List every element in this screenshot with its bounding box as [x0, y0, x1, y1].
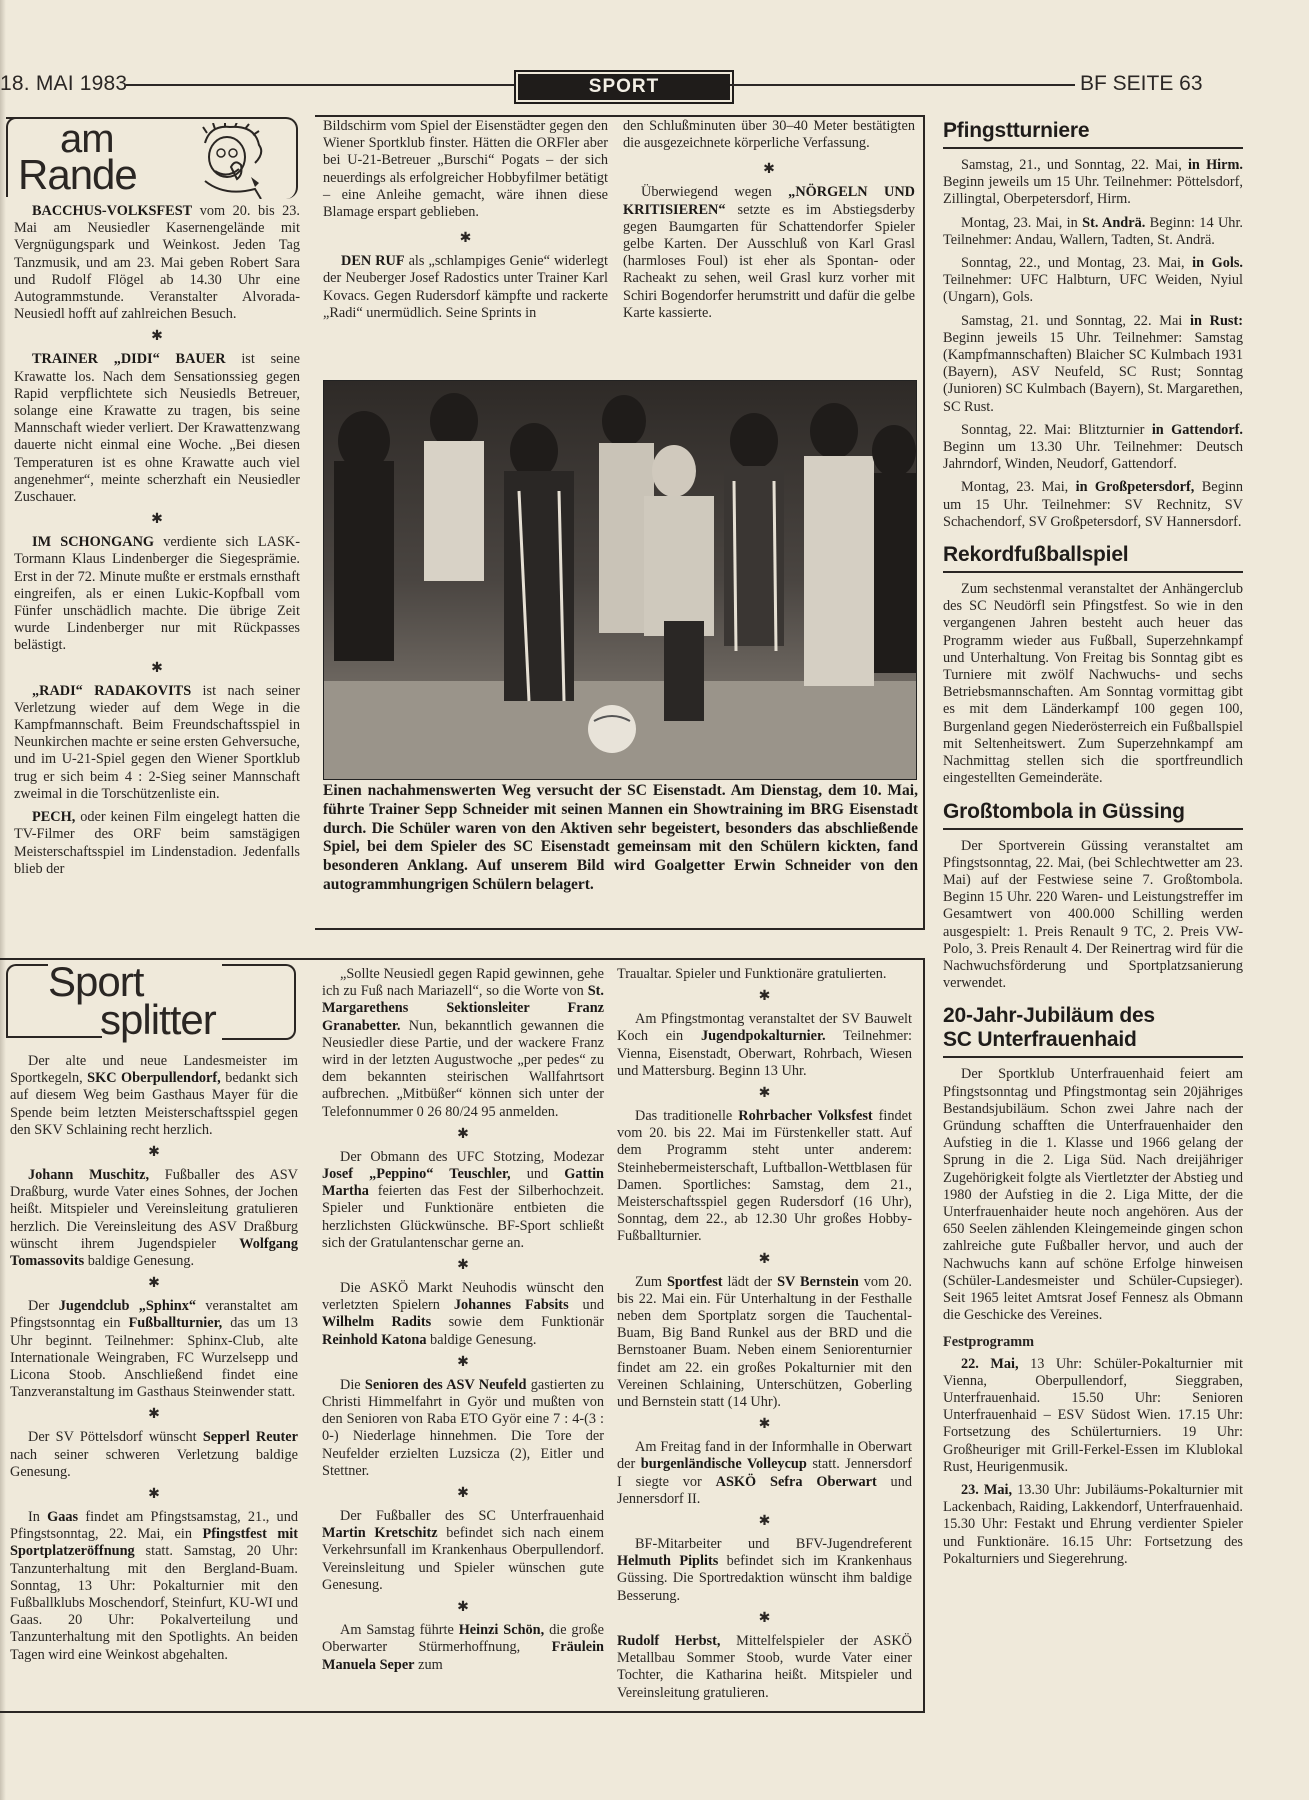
item-text: Zum	[635, 1274, 667, 1290]
festprogramm-heading: Festprogramm	[943, 1334, 1243, 1351]
separator-asterisk-icon: ✱	[323, 231, 608, 247]
rekord-text: Zum sechstenmal veranstaltet der Anhänge…	[943, 581, 1243, 787]
item-text: nach seiner schweren Verletzung baldige …	[10, 1447, 298, 1480]
separator-asterisk-icon: ✱	[14, 512, 300, 528]
splitter-box-rule-bottom	[0, 1711, 925, 1713]
item-text: Samstag, 21., und Sonntag, 22. Mai,	[961, 157, 1188, 173]
item-lead: BACCHUS-VOLKSFEST	[32, 203, 192, 219]
cartoon-face-icon	[185, 123, 275, 199]
splitter-column-1: Der alte und neue Landesmeister im Sport…	[10, 1053, 298, 1670]
item-name: Jugendclub „Sphinx“	[59, 1298, 196, 1314]
item-location: in Gattendorf.	[1152, 422, 1243, 438]
separator-asterisk-icon: ✱	[10, 1407, 298, 1423]
item-name: SV Bernstein	[777, 1274, 859, 1290]
item-text: Beginn um 13.30 Uhr. Teilnehmer: Deutsch…	[943, 439, 1243, 472]
item-name: Fußballturnier,	[129, 1315, 223, 1331]
separator-asterisk-icon: ✱	[623, 162, 915, 178]
item-text: BF-Mitarbeiter und BFV-Jugendreferent	[635, 1536, 912, 1552]
masthead: 18. MAI 1983 SPORT BF SEITE 63	[0, 70, 1250, 100]
item-text: baldige Genesung.	[84, 1253, 194, 1269]
issue-date: 18. MAI 1983	[0, 72, 127, 96]
logo-frame-left	[6, 964, 48, 1038]
item-lead: DEN RUF	[341, 253, 405, 269]
box-rule-right	[923, 115, 925, 930]
separator-asterisk-icon: ✱	[322, 1258, 604, 1274]
item-text: zum	[415, 1657, 443, 1673]
splitter-column-2: „Sollte Neusiedl gegen Rapid gewinnen, g…	[322, 966, 604, 1680]
masthead-rule-right	[730, 84, 1075, 86]
turnier-item: Montag, 23. Mai, in Großpetersdorf, Begi…	[943, 479, 1243, 531]
item-text: vom 20. bis 22. Mai ein. Für Unterhaltun…	[617, 1274, 912, 1410]
item-name: Rudolf Herbst,	[617, 1633, 720, 1649]
item-name: Sportfest	[667, 1274, 723, 1290]
item-location: in Rust:	[1190, 313, 1243, 329]
item-text: Der	[28, 1298, 59, 1314]
item-didi-bauer: TRAINER „DIDI“ BAUER ist seine Krawatte …	[14, 351, 300, 506]
jubilaeum-text: Der Sportklub Unterfrauenhaid feiert am …	[943, 1066, 1243, 1324]
item-location: St. Andrä.	[1082, 215, 1145, 231]
logo-frame-right	[222, 964, 296, 1040]
program-item: 22. Mai, 13 Uhr: Schüler-Pokalturnier mi…	[943, 1356, 1243, 1476]
program-date: 23. Mai,	[961, 1482, 1012, 1498]
separator-asterisk-icon: ✱	[10, 1487, 298, 1503]
splitter-item: Traualtar. Spieler und Funktionäre gratu…	[617, 966, 912, 983]
item-text: findet vom 20. bis 22. Mai im Fürstenkel…	[617, 1108, 912, 1244]
separator-asterisk-icon: ✱	[322, 1355, 604, 1371]
item-bacchus: BACCHUS-VOLKSFEST vom 20. bis 23. Mai am…	[14, 203, 300, 323]
item-name: Martin Kretschitz	[322, 1525, 438, 1541]
item-name: Reinhold Katona	[322, 1332, 426, 1348]
heading-grosstombola: Großtombola in Güssing	[943, 800, 1243, 830]
splitter-item: In Gaas findet am Pfingstsamstag, 21., u…	[10, 1509, 298, 1664]
logo-underline	[6, 1036, 102, 1038]
item-text: und	[569, 1297, 604, 1313]
photo-crowd-of-students-icon	[324, 381, 916, 779]
turnier-item: Montag, 23. Mai, in St. Andrä. Beginn: 1…	[943, 215, 1243, 249]
item-name: Gaas	[47, 1509, 78, 1525]
item-text: sowie dem Funktionär	[431, 1314, 604, 1330]
item-text: Beginn jeweils 15 Uhr. Teilnehmer: Samst…	[943, 330, 1243, 415]
heading-rekordfussballspiel: Rekordfußballspiel	[943, 543, 1243, 573]
tombola-text: Der Sportverein Güssing veranstaltet am …	[943, 838, 1243, 993]
program-date: 22. Mai,	[961, 1356, 1019, 1372]
separator-asterisk-icon: ✱	[10, 1276, 298, 1292]
item-schongang: IM SCHONGANG verdiente sich LASK-Tormann…	[14, 534, 300, 654]
splitter-item: BF-Mitarbeiter und BFV-Jugendreferent He…	[617, 1536, 912, 1605]
item-location: in Großpetersdorf,	[1076, 479, 1195, 495]
splitter-item: Johann Muschitz, Fußballer des ASV Draßb…	[10, 1167, 298, 1270]
masthead-rule-left	[126, 84, 514, 86]
heading-pfingstturniere: Pfingstturniere	[943, 119, 1243, 149]
item-noergeln: Überwiegend wegen „NÖRGELN UND KRITISIER…	[623, 184, 915, 322]
item-radakovits: „RADI“ RADAKOVITS ist nach seiner Verlet…	[14, 683, 300, 803]
separator-asterisk-icon: ✱	[322, 1127, 604, 1143]
item-text: vom 20. bis 23. Mai am Neusiedler Kasern…	[14, 203, 300, 322]
item-text: ist seine Krawatte los. Nach dem Sensati…	[14, 351, 300, 505]
photo-caption: Einen nachahmenswerten Weg versucht der …	[323, 782, 918, 895]
item-lead: PECH,	[32, 809, 75, 825]
item-name: Heinzi Schön,	[459, 1622, 545, 1638]
item-text: Sonntag, 22. Mai: Blitzturnier	[961, 422, 1152, 438]
item-name: Helmuth Piplits	[617, 1553, 718, 1569]
separator-asterisk-icon: ✱	[617, 1417, 912, 1433]
item-text: baldige Genesung.	[426, 1332, 536, 1348]
item-name: Josef „Peppino“ Teuschler,	[322, 1166, 511, 1182]
splitter-item: Am Pfingstmontag veranstaltet der SV Bau…	[617, 1011, 912, 1080]
turnier-item: Samstag, 21., und Sonntag, 22. Mai, in H…	[943, 157, 1243, 209]
item-text: „Sollte Neusiedl gegen Rapid gewinnen, g…	[322, 966, 604, 999]
am-rande-column-1: BACCHUS-VOLKSFEST vom 20. bis 23. Mai am…	[14, 203, 300, 884]
item-text: Der SV Pöttelsdorf wünscht	[28, 1429, 203, 1445]
separator-asterisk-icon: ✱	[322, 1600, 604, 1616]
item-text: Montag, 23. Mai,	[961, 479, 1076, 495]
section-label: SPORT	[516, 72, 732, 102]
splitter-item: Am Samstag führte Heinzi Schön, die groß…	[322, 1622, 604, 1674]
item-text: Teilnehmer: UFC Halbturn, UFC Weiden, Ny…	[943, 272, 1243, 305]
page-number: BF SEITE 63	[1080, 72, 1203, 96]
item-text: Am Samstag führte	[340, 1622, 459, 1638]
item-name: Sepperl Reuter	[203, 1429, 298, 1445]
splitter-item: Der SV Pöttelsdorf wünscht Sepperl Reute…	[10, 1429, 298, 1481]
splitter-item: Die Senioren des ASV Neufeld gastierten …	[322, 1377, 604, 1480]
am-rande-column-2: Bildschirm vom Spiel der Eisenstädter ge…	[323, 118, 608, 328]
item-text: In	[28, 1509, 47, 1525]
item-text: lädt der	[723, 1274, 778, 1290]
splitter-item: Zum Sportfest lädt der SV Bernstein vom …	[617, 1274, 912, 1412]
box-rule-top	[315, 115, 925, 117]
item-text: Die	[340, 1377, 365, 1393]
turnier-item: Sonntag, 22., und Montag, 23. Mai, in Go…	[943, 255, 1243, 307]
splitter-column-3: Traualtar. Spieler und Funktionäre gratu…	[617, 966, 912, 1708]
item-name: Jugendpokalturnier.	[701, 1028, 826, 1044]
item-text: verdiente sich LASK-Tormann Klaus Linden…	[14, 534, 300, 653]
item-text: und	[511, 1166, 565, 1182]
news-photo	[323, 380, 917, 780]
logo-word-rande: Rande	[18, 153, 137, 197]
item-lead: IM SCHONGANG	[32, 534, 154, 550]
section-badge: SPORT	[514, 70, 734, 104]
continuation-text: Bildschirm vom Spiel der Eisenstädter ge…	[323, 118, 608, 221]
right-column: Pfingstturniere Samstag, 21., und Sonnta…	[943, 113, 1243, 1574]
heading-jubilaeum: 20-Jahr-Jubiläum des SC Unterfrauenhaid	[943, 1004, 1243, 1058]
am-rande-logo: am Rande	[0, 115, 300, 200]
item-text: ist nach seiner Verletzung wieder auf de…	[14, 683, 300, 802]
turnier-item: Sonntag, 22. Mai: Blitzturnier in Gatten…	[943, 422, 1243, 474]
item-den-ruf: DEN RUF als „schlampiges Genie“ widerleg…	[323, 253, 608, 322]
splitter-item: Das traditionelle Rohrbacher Volksfest f…	[617, 1108, 912, 1246]
item-name: Senioren des ASV Neufeld	[365, 1377, 527, 1393]
splitter-box-rule-right	[923, 958, 925, 1713]
splitter-item: „Sollte Neusiedl gegen Rapid gewinnen, g…	[322, 966, 604, 1121]
sport-splitter-logo: Sport splitter	[0, 960, 300, 1040]
item-text: setzte es im Abstiegsderby gegen Baumgar…	[623, 202, 915, 321]
item-pech: PECH, oder keinen Film eingelegt hatten …	[14, 809, 300, 878]
splitter-item: Der Fußballer des SC Unterfrauenhaid Mar…	[322, 1508, 604, 1594]
item-name: SKC Oberpullendorf,	[87, 1070, 221, 1086]
separator-asterisk-icon: ✱	[617, 989, 912, 1005]
separator-asterisk-icon: ✱	[14, 661, 300, 677]
separator-asterisk-icon: ✱	[617, 1514, 912, 1530]
item-name: Rohrbacher Volksfest	[738, 1108, 872, 1124]
splitter-item: Die ASKÖ Markt Neuhodis wünscht den verl…	[322, 1280, 604, 1349]
splitter-item: Der Obmann des UFC Stotzing, Modezar Jos…	[322, 1149, 604, 1252]
separator-asterisk-icon: ✱	[14, 329, 300, 345]
item-text: Samstag, 21. und Sonntag, 22. Mai	[961, 313, 1190, 329]
separator-asterisk-icon: ✱	[617, 1086, 912, 1102]
splitter-item: Der Jugendclub „Sphinx“ veranstaltet am …	[10, 1298, 298, 1401]
box-rule-bottom	[315, 928, 925, 930]
item-location: in Hirm.	[1188, 157, 1243, 173]
am-rande-column-3: den Schlußminuten über 30–40 Meter bestä…	[623, 118, 915, 328]
item-text: Montag, 23. Mai, in	[961, 215, 1082, 231]
item-name: ASKÖ Sefra Oberwart	[716, 1474, 877, 1490]
splitter-item: Am Freitag fand in der Informhalle in Ob…	[617, 1439, 912, 1508]
newspaper-page: 18. MAI 1983 SPORT BF SEITE 63 am Rande …	[0, 0, 1309, 1800]
item-name: burgenländische Volleycup	[641, 1456, 807, 1472]
scan-edge-shadow	[0, 0, 6, 1800]
program-item: 23. Mai, 13.30 Uhr: Jubiläums-Pokalturni…	[943, 1482, 1243, 1568]
item-name: Wilhelm Radits	[322, 1314, 431, 1330]
continuation-text: den Schlußminuten über 30–40 Meter bestä…	[623, 118, 915, 152]
item-lead: TRAINER „DIDI“ BAUER	[32, 351, 226, 367]
item-lead: „RADI“ RADAKOVITS	[32, 683, 191, 699]
splitter-item: Der alte und neue Landesmeister im Sport…	[10, 1053, 298, 1139]
separator-asterisk-icon: ✱	[322, 1486, 604, 1502]
separator-asterisk-icon: ✱	[617, 1252, 912, 1268]
separator-asterisk-icon: ✱	[617, 1611, 912, 1627]
item-text: Sonntag, 22., und Montag, 23. Mai,	[961, 255, 1192, 271]
item-text: Der Fußballer des SC Unterfrauenhaid	[340, 1508, 604, 1524]
item-text: statt. Samstag, 20 Uhr: Tanzunterhaltung…	[10, 1543, 298, 1662]
item-text: Der Obmann des UFC Stotzing, Modezar	[340, 1149, 604, 1165]
item-text: Das traditionelle	[635, 1108, 738, 1124]
separator-asterisk-icon: ✱	[10, 1145, 298, 1161]
logo-word-splitter: splitter	[100, 998, 216, 1042]
item-name: Johannes Fabsits	[454, 1297, 569, 1313]
item-text: Beginn jeweils um 15 Uhr. Teilnehmer: Pö…	[943, 174, 1243, 207]
item-text: Überwiegend wegen	[641, 184, 788, 200]
program-text: 13 Uhr: Schüler-Pokalturnier mit Vienna,…	[943, 1356, 1243, 1475]
turnier-item: Samstag, 21. und Sonntag, 22. Mai in Rus…	[943, 313, 1243, 416]
heading-line-1: 20-Jahr-Jubiläum des	[943, 1004, 1243, 1028]
item-name: Johann Muschitz,	[28, 1167, 149, 1183]
item-location: in Gols.	[1192, 255, 1243, 271]
splitter-item: Rudolf Herbst, Mittelfelspieler der ASKÖ…	[617, 1633, 912, 1702]
heading-line-2: SC Unterfrauenhaid	[943, 1028, 1243, 1052]
